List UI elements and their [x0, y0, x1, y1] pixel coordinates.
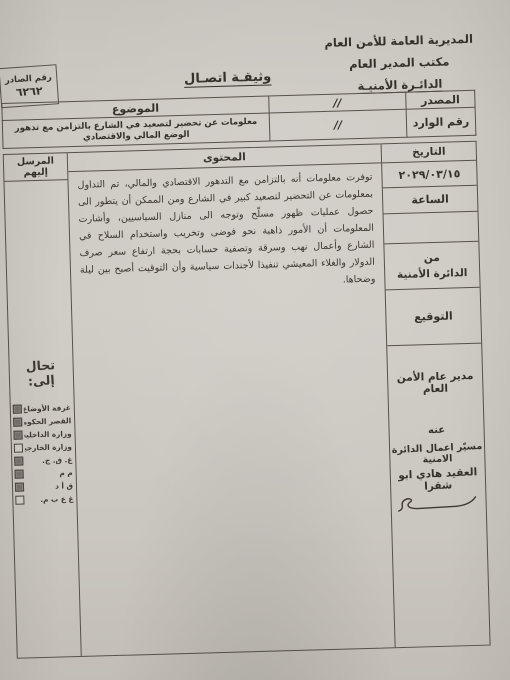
refer-to-note: تحال إلى:	[11, 356, 71, 390]
document-title: وثيقـة اتصـال	[143, 68, 313, 88]
checkbox-icon	[14, 457, 23, 466]
checklist-item-label: غ ع ب م.	[26, 494, 73, 504]
incoming-number-value: //	[269, 109, 407, 141]
content-column: المحتوى توفرت معلومات أنه بالتزامن مع ال…	[67, 144, 395, 656]
checklist-item-label: وزارة الداخلية.	[24, 429, 71, 439]
signer-name: العقيد هادي ابو شقرا	[390, 466, 485, 494]
checklist-item-label: ق أ د	[26, 481, 73, 491]
time-value-empty	[384, 212, 479, 245]
from-value: الدائرة الأمنية	[397, 265, 468, 283]
signer-title: مدير عام الأمن العام	[388, 370, 483, 397]
from-label: من	[424, 249, 440, 265]
incoming-number-label: رقم الوارد	[406, 107, 476, 137]
meta-table: المصدر // الموضوع رقم الوارد // معلومات …	[1, 90, 476, 149]
checkbox-icon	[13, 405, 22, 414]
signature-label: التوقيع	[386, 288, 482, 347]
checkbox-icon	[15, 470, 24, 479]
sidebar-column: التاريخ ٢٠٢٩/٠٣/١٥ الساعة من الدائرة الأ…	[381, 142, 490, 647]
checklist-item-label: غرفة الأوضاع.	[24, 403, 71, 413]
checkbox-icon	[14, 444, 23, 453]
subject-text: معلومات عن تحضير لتصعيد في الشارع بالتزا…	[6, 116, 267, 145]
time-label: الساعة	[383, 186, 478, 215]
checkbox-icon	[15, 496, 24, 505]
content-body: توفرت معلومات أنه بالتزامن مع التدهور ال…	[68, 163, 384, 301]
date-label: التاريخ	[382, 142, 476, 164]
scanned-form: المديرية العامة للأمن العام مكتب المدير …	[0, 0, 510, 680]
document-photo: المديرية العامة للأمن العام مكتب المدير …	[0, 0, 510, 680]
on-behalf-label: عنه	[428, 425, 445, 436]
checklist-item: غ ع ب م.	[15, 492, 73, 507]
signature-scribble-icon	[395, 493, 482, 517]
checklist-item-label: القصر الحكومي.	[24, 416, 71, 426]
addressees-header: المرسل إليهم	[4, 153, 68, 182]
checklist-item-label: م م	[26, 468, 73, 478]
acting-title: مسيّر اعمال الدائرة الامنية	[390, 441, 485, 467]
date-value: ٢٠٢٩/٠٣/١٥	[382, 161, 477, 189]
checkbox-icon	[13, 431, 22, 440]
signature-block: مدير عام الأمن العام عنه مسيّر اعمال الد…	[387, 344, 489, 648]
checklist-item-label: غ. ق. ج.	[25, 455, 72, 465]
source-label: المصدر	[406, 90, 475, 109]
from-cell: من الدائرة الأمنية	[384, 242, 479, 291]
org-header: المديرية العامة للأمن العام مكتب المدير …	[313, 28, 485, 99]
outgoing-number-label: رقم الصادر	[5, 73, 53, 86]
checkbox-icon	[15, 483, 24, 492]
addressees-cell: تحال إلى: غرفة الأوضاع. القصر الحكومي. و…	[4, 180, 80, 658]
checklist-item-label: وزارة الخارجية.	[25, 442, 72, 452]
outgoing-number-value: ٦٢٦٢	[15, 84, 43, 99]
content-cell: توفرت معلومات أنه بالتزامن مع التدهور ال…	[68, 163, 394, 656]
checkbox-icon	[13, 418, 22, 427]
main-table: التاريخ ٢٠٢٩/٠٣/١٥ الساعة من الدائرة الأ…	[3, 141, 491, 659]
